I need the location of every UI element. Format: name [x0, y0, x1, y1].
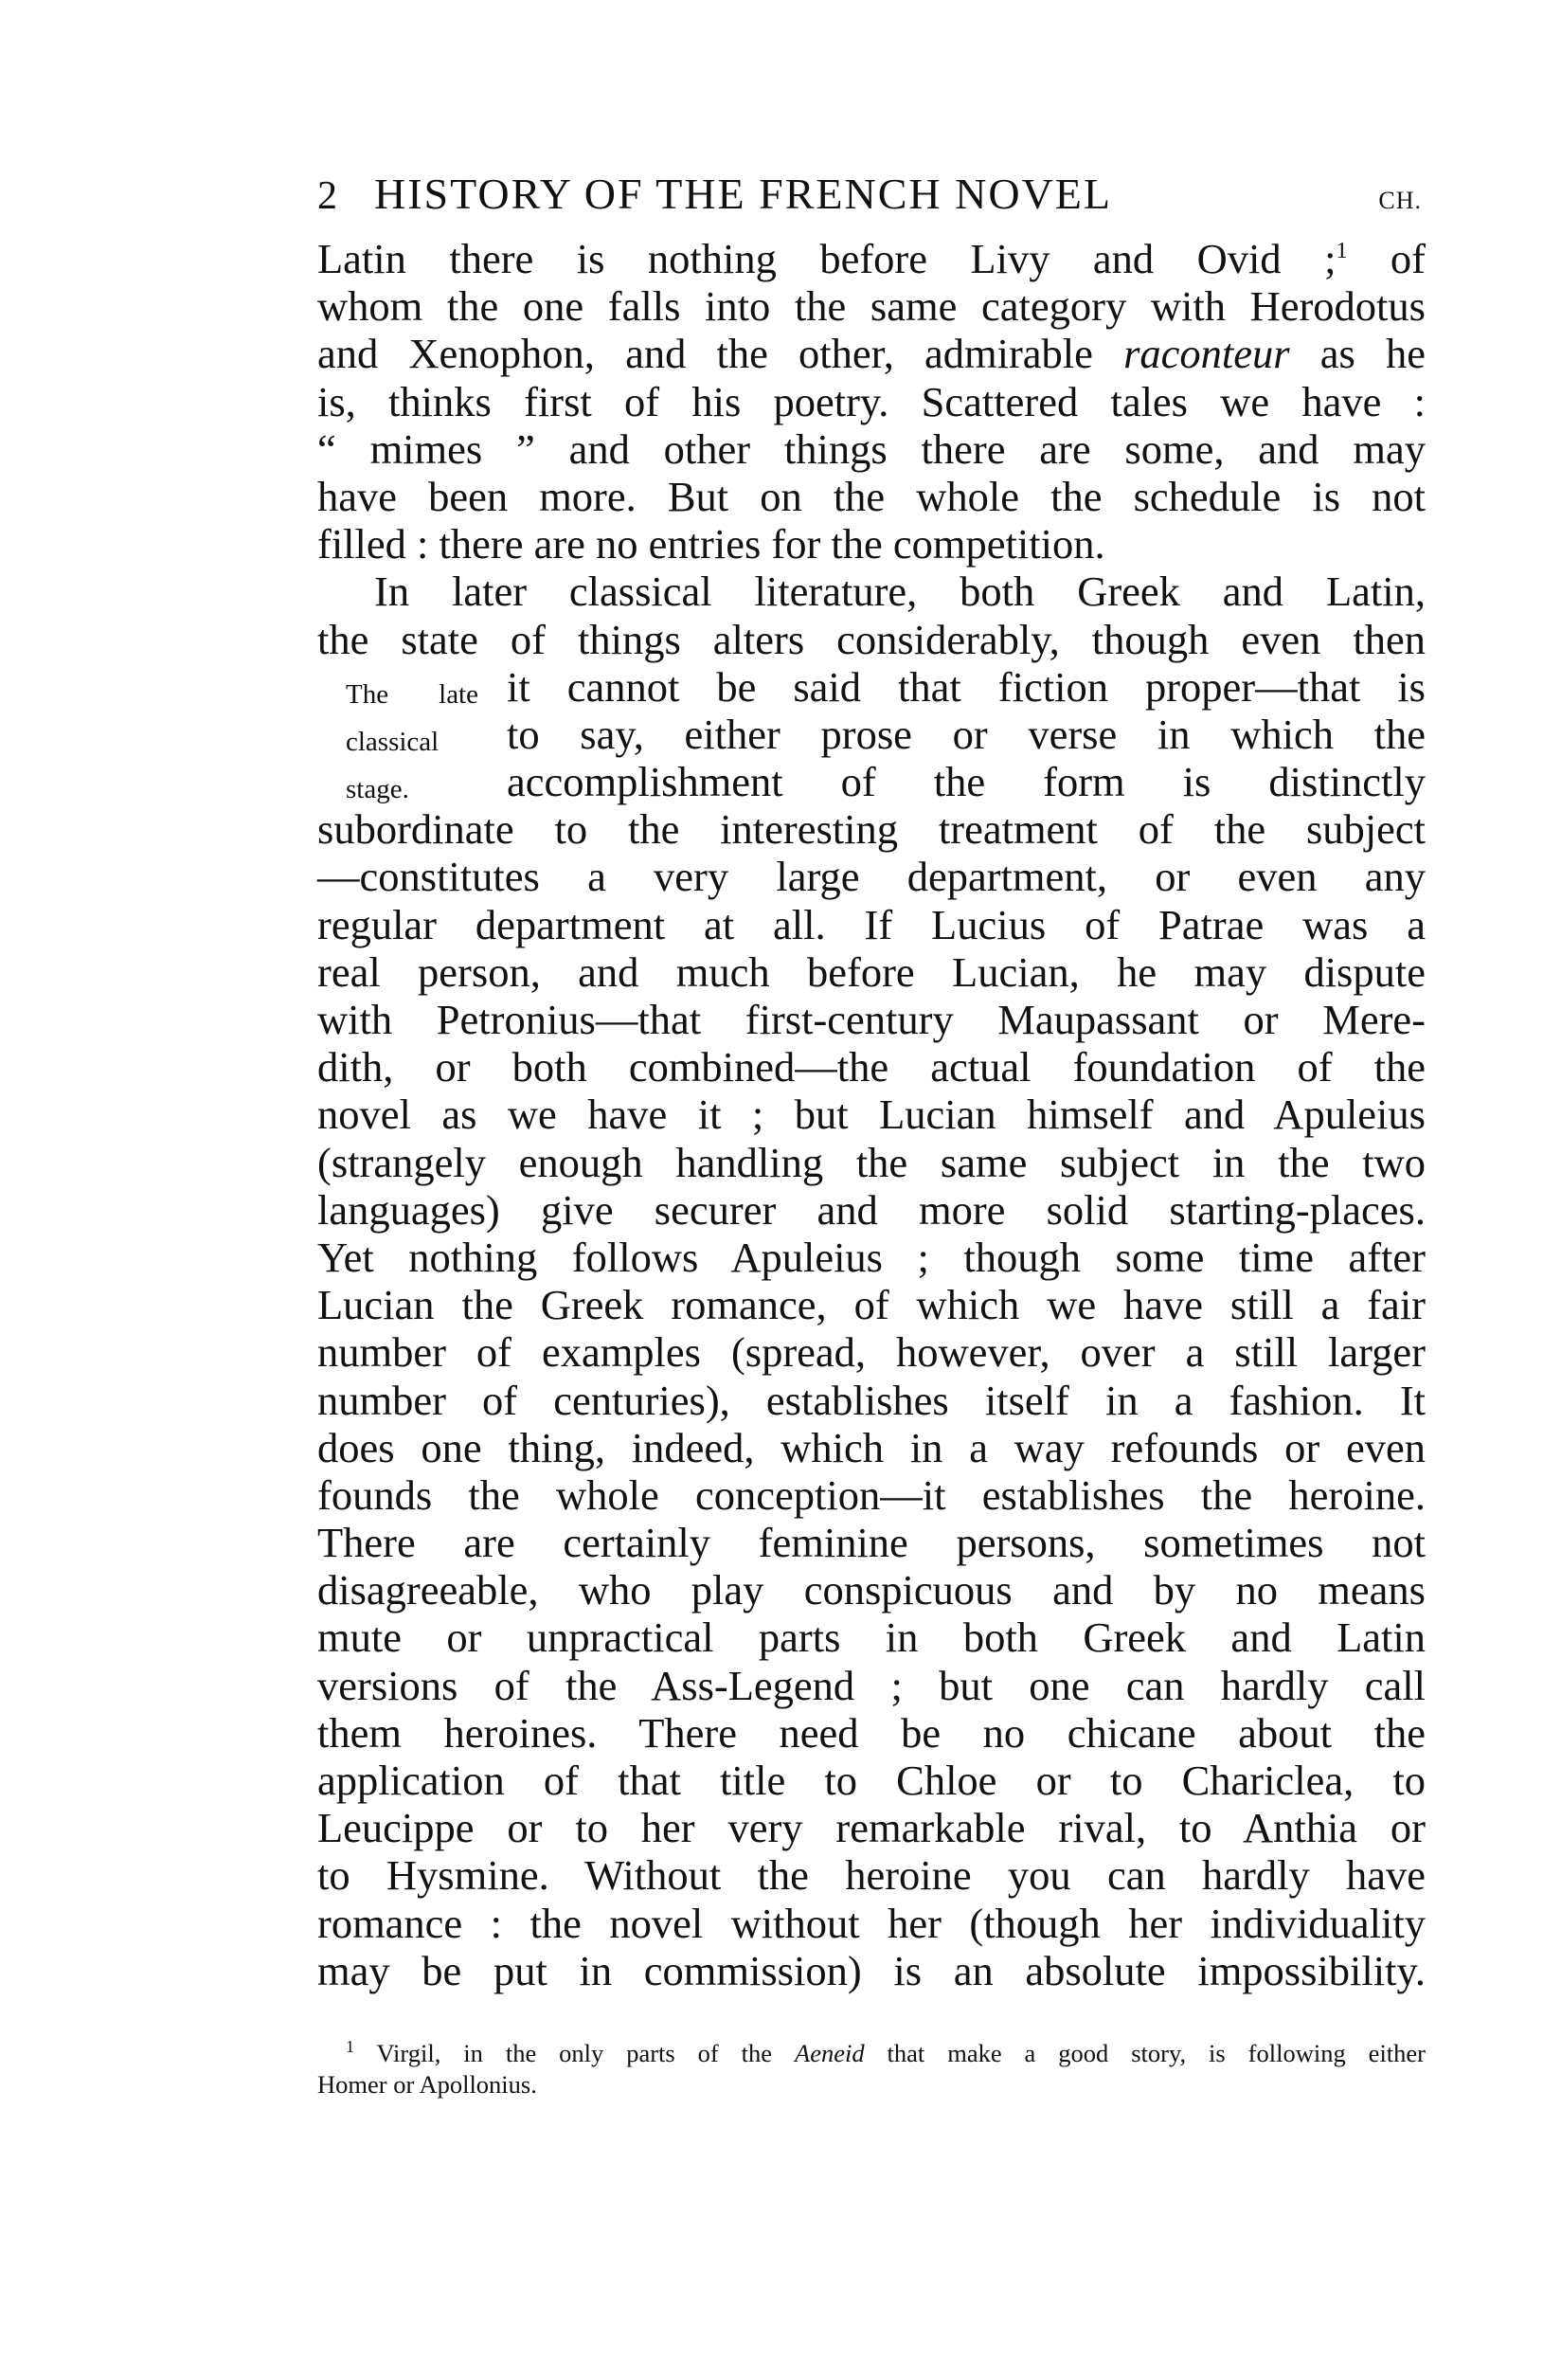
page-number: 2 [317, 173, 374, 219]
text-line: languages) give securer and more solid s… [317, 1186, 1426, 1234]
text-line: filled : there are no entries for the co… [317, 520, 1426, 568]
text-line: regular department at all. If Lucius of … [317, 901, 1426, 948]
text-line: to Hysmine. Without the heroine you can … [317, 1851, 1426, 1899]
book-page: 2 HISTORY OF THE FRENCH NOVEL CH. Latin … [317, 169, 1426, 2101]
text-line: mute or unpractical parts in both Greek … [317, 1614, 1426, 1661]
text-run: and Xenophon, and the other, admirable [317, 330, 1123, 377]
sidenote-block: The late classical stage. it cannot be s… [317, 663, 1426, 806]
text-line: have been more. But on the whole the sch… [317, 473, 1426, 520]
text-line: subordinate to the interesting treatment… [317, 805, 1426, 853]
paragraph-1: Latin there is nothing before Livy and O… [317, 235, 1426, 568]
text-run: Virgil, in the only parts of the [354, 2039, 795, 2067]
footnote-marker: 1 [346, 2037, 354, 2056]
footnote-line: Homer or Apollonius. [317, 2069, 1426, 2101]
sidenote-line: stage. [346, 766, 478, 813]
italic-term: raconteur [1123, 330, 1290, 377]
text-line: “ mimes ” and other things there are som… [317, 425, 1426, 473]
text-line: the state of things alters considerably,… [317, 616, 1426, 663]
sidenote-line: The late [346, 671, 478, 718]
text-line: to say, either prose or verse in which t… [317, 711, 1426, 758]
footnote-line: 1 Virgil, in the only parts of the Aenei… [317, 2038, 1426, 2069]
text-line: whom the one falls into the same categor… [317, 282, 1426, 330]
book-title: HISTORY OF THE FRENCH NOVEL [374, 169, 1378, 219]
text-run: as he [1290, 330, 1426, 377]
text-run: Latin there is nothing before Livy and O… [317, 235, 1336, 282]
marginal-sidenote: The late classical stage. [346, 671, 478, 813]
text-line: In later classical literature, both Gree… [317, 568, 1426, 615]
text-line: real person, and much before Lucian, he … [317, 948, 1426, 996]
text-line: romance : the novel without her (though … [317, 1900, 1426, 1947]
text-line: Lucian the Greek romance, of which we ha… [317, 1281, 1426, 1328]
text-line: Leucippe or to her very remarkable rival… [317, 1804, 1426, 1851]
text-run: that make a good story, is following eit… [865, 2039, 1426, 2067]
text-run: of [1347, 235, 1426, 282]
text-line: founds the whole conception—it establish… [317, 1471, 1426, 1519]
text-line: Yet nothing follows Apuleius ; though so… [317, 1234, 1426, 1281]
italic-title: Aeneid [795, 2039, 865, 2067]
text-line: them heroines. There need be no chicane … [317, 1709, 1426, 1757]
text-line: disagreeable, who play conspicuous and b… [317, 1566, 1426, 1614]
text-line: number of examples (spread, however, ove… [317, 1328, 1426, 1376]
text-line: it cannot be said that fiction proper—th… [317, 663, 1426, 711]
text-line: versions of the Ass-Legend ; but one can… [317, 1662, 1426, 1709]
text-line: There are certainly feminine persons, so… [317, 1519, 1426, 1566]
footnote-reference[interactable]: 1 [1336, 239, 1347, 263]
chapter-abbrev: CH. [1378, 187, 1422, 215]
text-line: Latin there is nothing before Livy and O… [317, 235, 1426, 282]
running-head: 2 HISTORY OF THE FRENCH NOVEL CH. [317, 169, 1426, 235]
text-line: does one thing, indeed, which in a way r… [317, 1424, 1426, 1471]
text-line: number of centuries), establishes itself… [317, 1377, 1426, 1424]
text-line: dith, or both combined—the actual founda… [317, 1043, 1426, 1091]
text-line: (strangely enough handling the same subj… [317, 1139, 1426, 1186]
text-line: novel as we have it ; but Lucian himself… [317, 1091, 1426, 1138]
text-line: is, thinks first of his poetry. Scattere… [317, 378, 1426, 425]
text-line: application of that title to Chloe or to… [317, 1757, 1426, 1804]
footnotes: 1 Virgil, in the only parts of the Aenei… [317, 2038, 1426, 2101]
paragraph-2: In later classical literature, both Gree… [317, 568, 1426, 1994]
text-line: accomplishment of the form is distinctly [317, 758, 1426, 805]
body-text: Latin there is nothing before Livy and O… [317, 235, 1426, 1994]
text-line: —constitutes a very large department, or… [317, 853, 1426, 900]
footnote-1: 1 Virgil, in the only parts of the Aenei… [317, 2038, 1426, 2101]
sidenote-line: classical [346, 718, 478, 766]
text-line: and Xenophon, and the other, admirable r… [317, 330, 1426, 377]
text-line: with Petronius—that first-century Maupas… [317, 996, 1426, 1043]
text-line: may be put in commission) is an absolute… [317, 1947, 1426, 1994]
